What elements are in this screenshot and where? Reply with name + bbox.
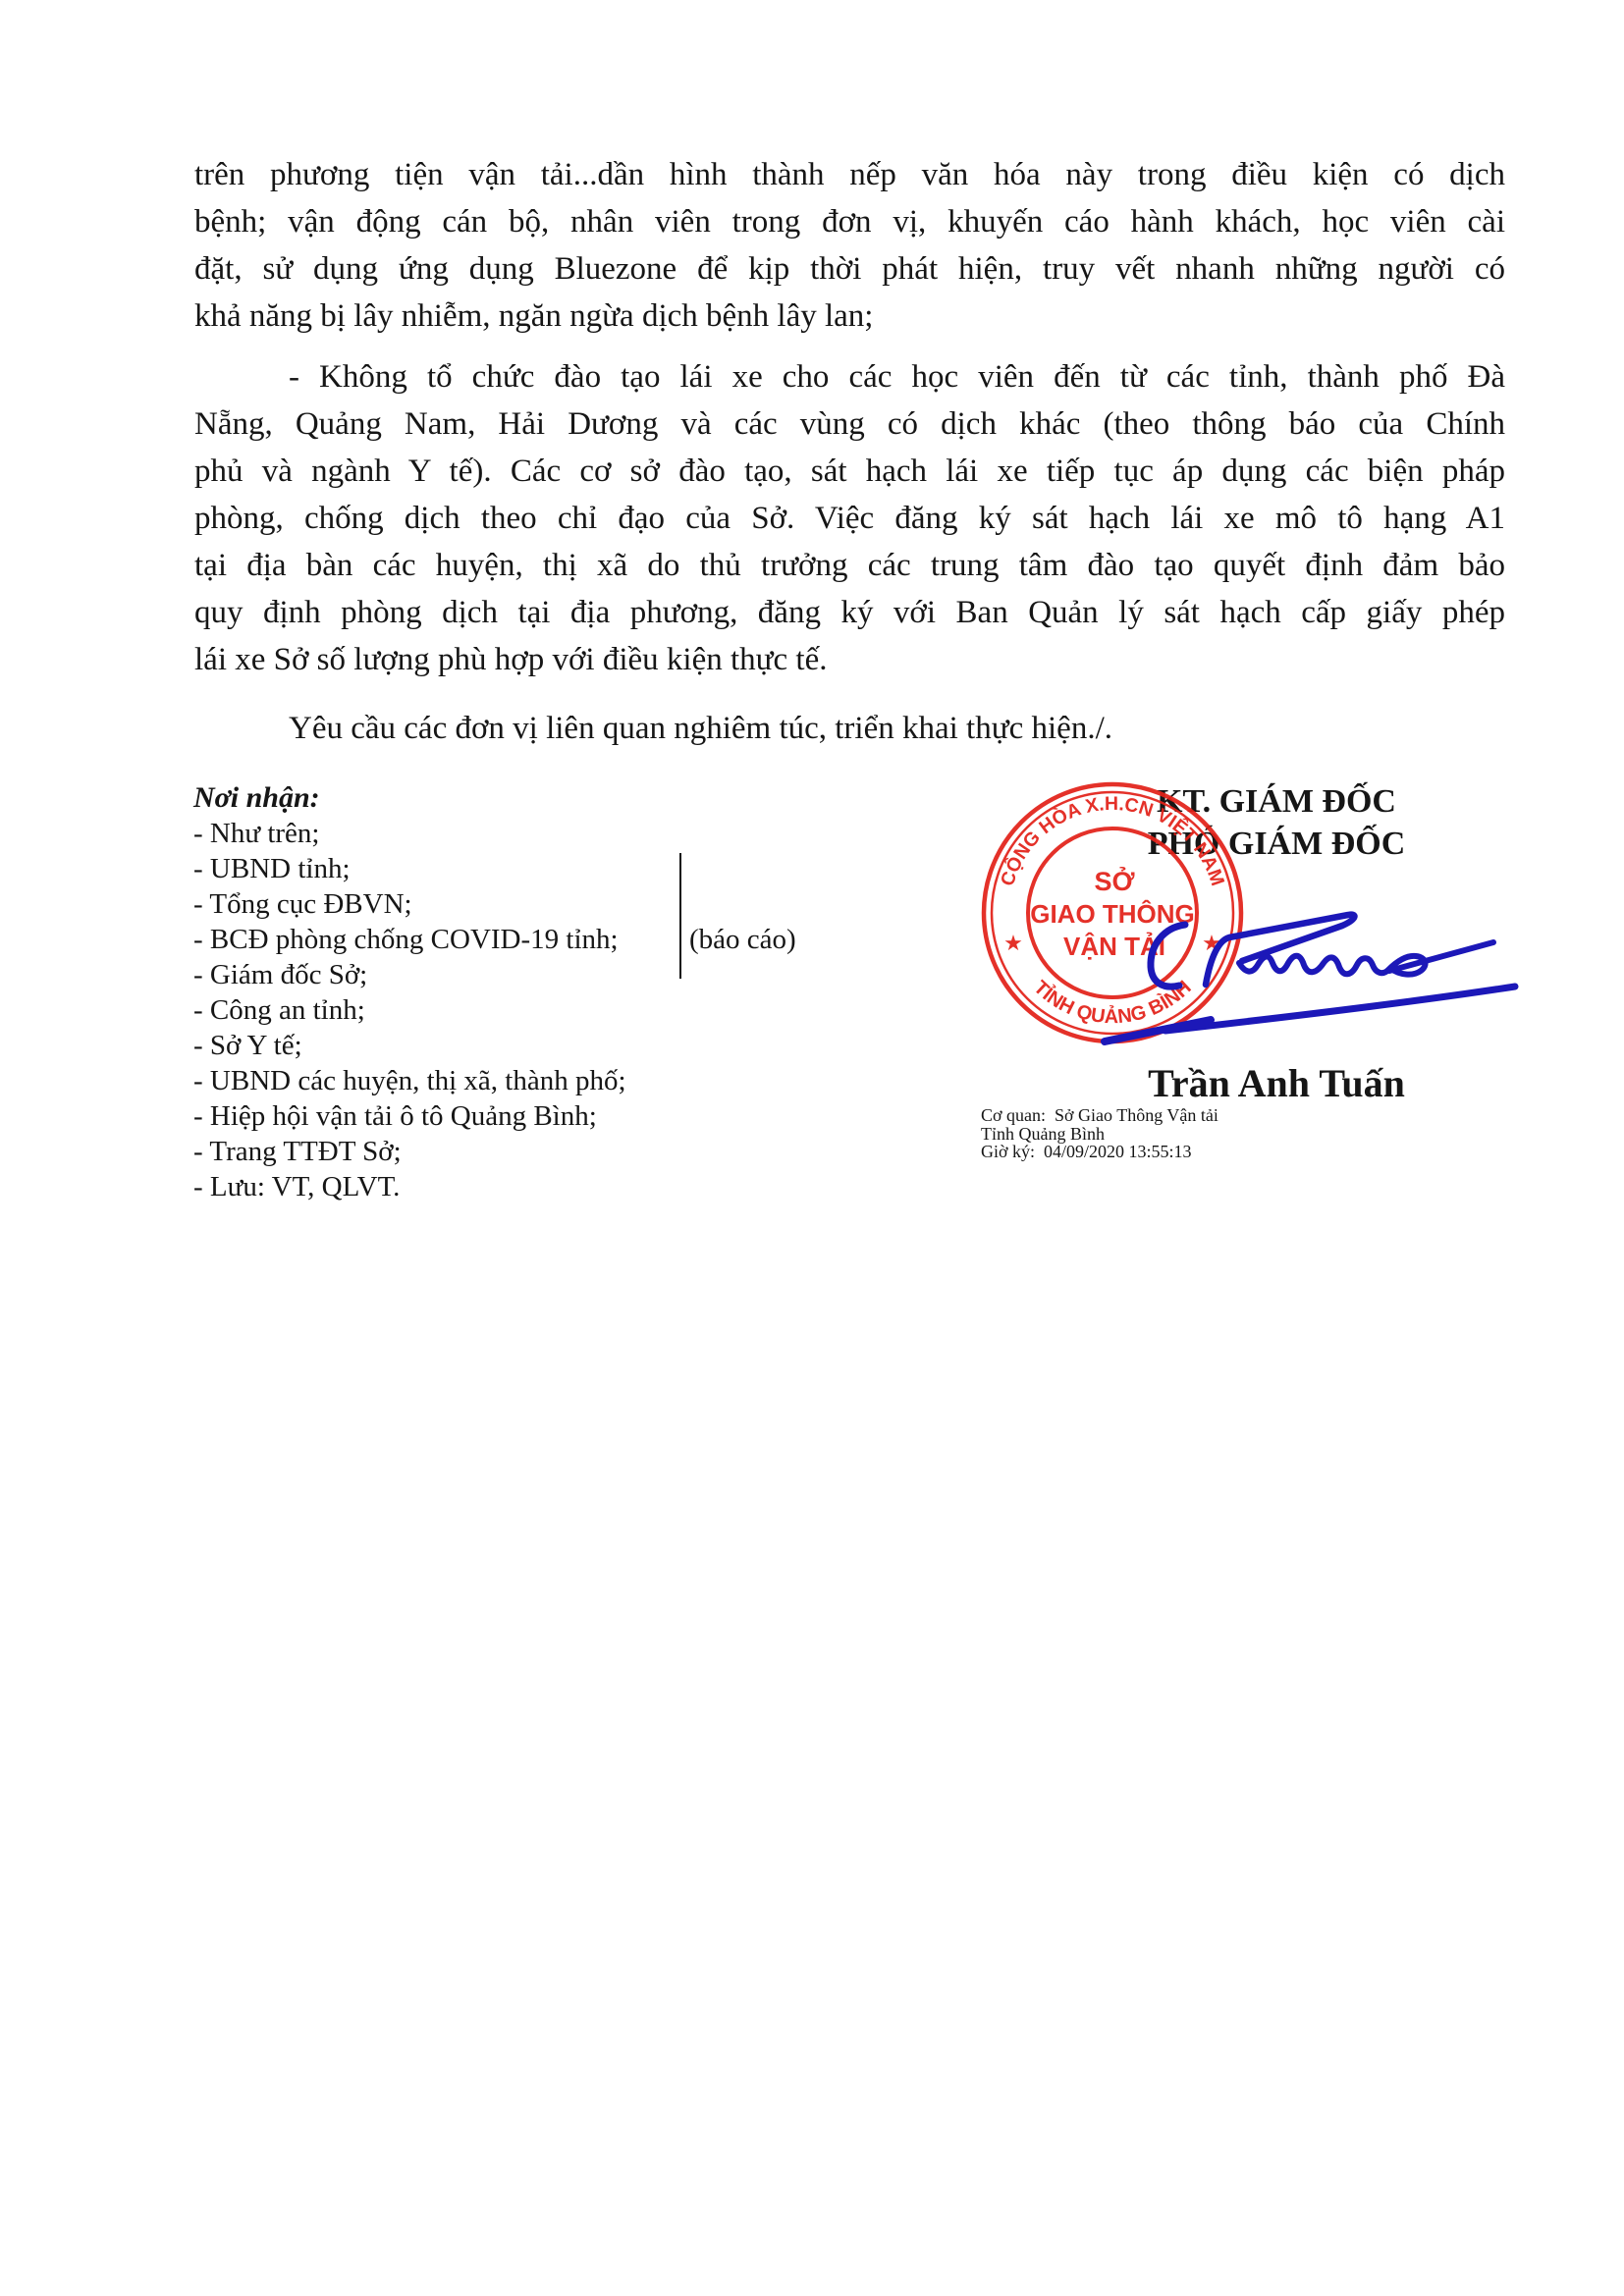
body-line: tại địa bàn các huyện, thị xã do thủ trư… bbox=[194, 542, 1505, 589]
recipients-group-bar bbox=[679, 853, 681, 979]
list-item: - Trang TTĐT Sở; bbox=[193, 1134, 743, 1169]
list-item: - Công an tỉnh; bbox=[193, 992, 743, 1028]
list-item: - Lưu: VT, QLVT. bbox=[193, 1169, 743, 1204]
body-line: phòng, chống dịch theo chỉ đạo của Sở. V… bbox=[194, 495, 1505, 542]
list-item: - UBND tỉnh; bbox=[193, 851, 743, 886]
paragraph-3: Yêu cầu các đơn vị liên quan nghiêm túc,… bbox=[194, 705, 1505, 752]
body-line: bệnh; vận động cán bộ, nhân viên trong đ… bbox=[194, 198, 1505, 245]
digital-info-agency: Cơ quan: Sở Giao Thông Vận tải bbox=[981, 1106, 1218, 1125]
recipients-group-note: (báo cáo) bbox=[689, 922, 796, 957]
seal-left-star-icon: ★ bbox=[1003, 931, 1023, 955]
handwritten-signature bbox=[1095, 898, 1537, 1055]
list-item: - Giám đốc Sở; bbox=[193, 957, 743, 992]
list-item: - Như trên; bbox=[193, 816, 743, 851]
list-item: - BCĐ phòng chống COVID-19 tỉnh; bbox=[193, 922, 743, 957]
body-line: trên phương tiện vận tải...dần hình thàn… bbox=[194, 151, 1505, 198]
paragraph-2: - Không tổ chức đào tạo lái xe cho các h… bbox=[194, 353, 1505, 683]
body-line: - Không tổ chức đào tạo lái xe cho các h… bbox=[194, 353, 1505, 400]
body-line: đặt, sử dụng ứng dụng Bluezone để kịp th… bbox=[194, 245, 1505, 293]
digital-info-province: Tỉnh Quảng Bình bbox=[981, 1125, 1218, 1144]
digital-info-signtime: Giờ ký: 04/09/2020 13:55:13 bbox=[981, 1143, 1218, 1161]
list-item: - Hiệp hội vận tải ô tô Quảng Bình; bbox=[193, 1098, 743, 1134]
body-line: Yêu cầu các đơn vị liên quan nghiêm túc,… bbox=[194, 705, 1505, 752]
document-page: trên phương tiện vận tải...dần hình thàn… bbox=[0, 0, 1624, 2296]
body-line: phủ và ngành Y tế). Các cơ sở đào tạo, s… bbox=[194, 448, 1505, 495]
body-line: quy định phòng dịch tại địa phương, đăng… bbox=[194, 589, 1505, 636]
recipients-list: Nơi nhận: - Như trên; - UBND tỉnh; - Tổn… bbox=[193, 779, 743, 1204]
paragraph-1: trên phương tiện vận tải...dần hình thàn… bbox=[194, 151, 1505, 340]
body-line: Nẵng, Quảng Nam, Hải Dương và các vùng c… bbox=[194, 400, 1505, 448]
list-item: - Tổng cục ĐBVN; bbox=[193, 886, 743, 922]
recipients-heading: Nơi nhận: bbox=[193, 779, 743, 816]
seal-center-line1: SỞ bbox=[1094, 865, 1134, 896]
signer-name: Trần Anh Tuấn bbox=[1051, 1061, 1502, 1106]
list-item: - Sở Y tế; bbox=[193, 1028, 743, 1063]
body-line: lái xe Sở số lượng phù hợp với điều kiện… bbox=[194, 636, 1505, 683]
list-item: - UBND các huyện, thị xã, thành phố; bbox=[193, 1063, 743, 1098]
digital-signature-info: Cơ quan: Sở Giao Thông Vận tải Tỉnh Quản… bbox=[981, 1106, 1218, 1161]
body-line: khả năng bị lây nhiễm, ngăn ngừa dịch bệ… bbox=[194, 293, 1505, 340]
